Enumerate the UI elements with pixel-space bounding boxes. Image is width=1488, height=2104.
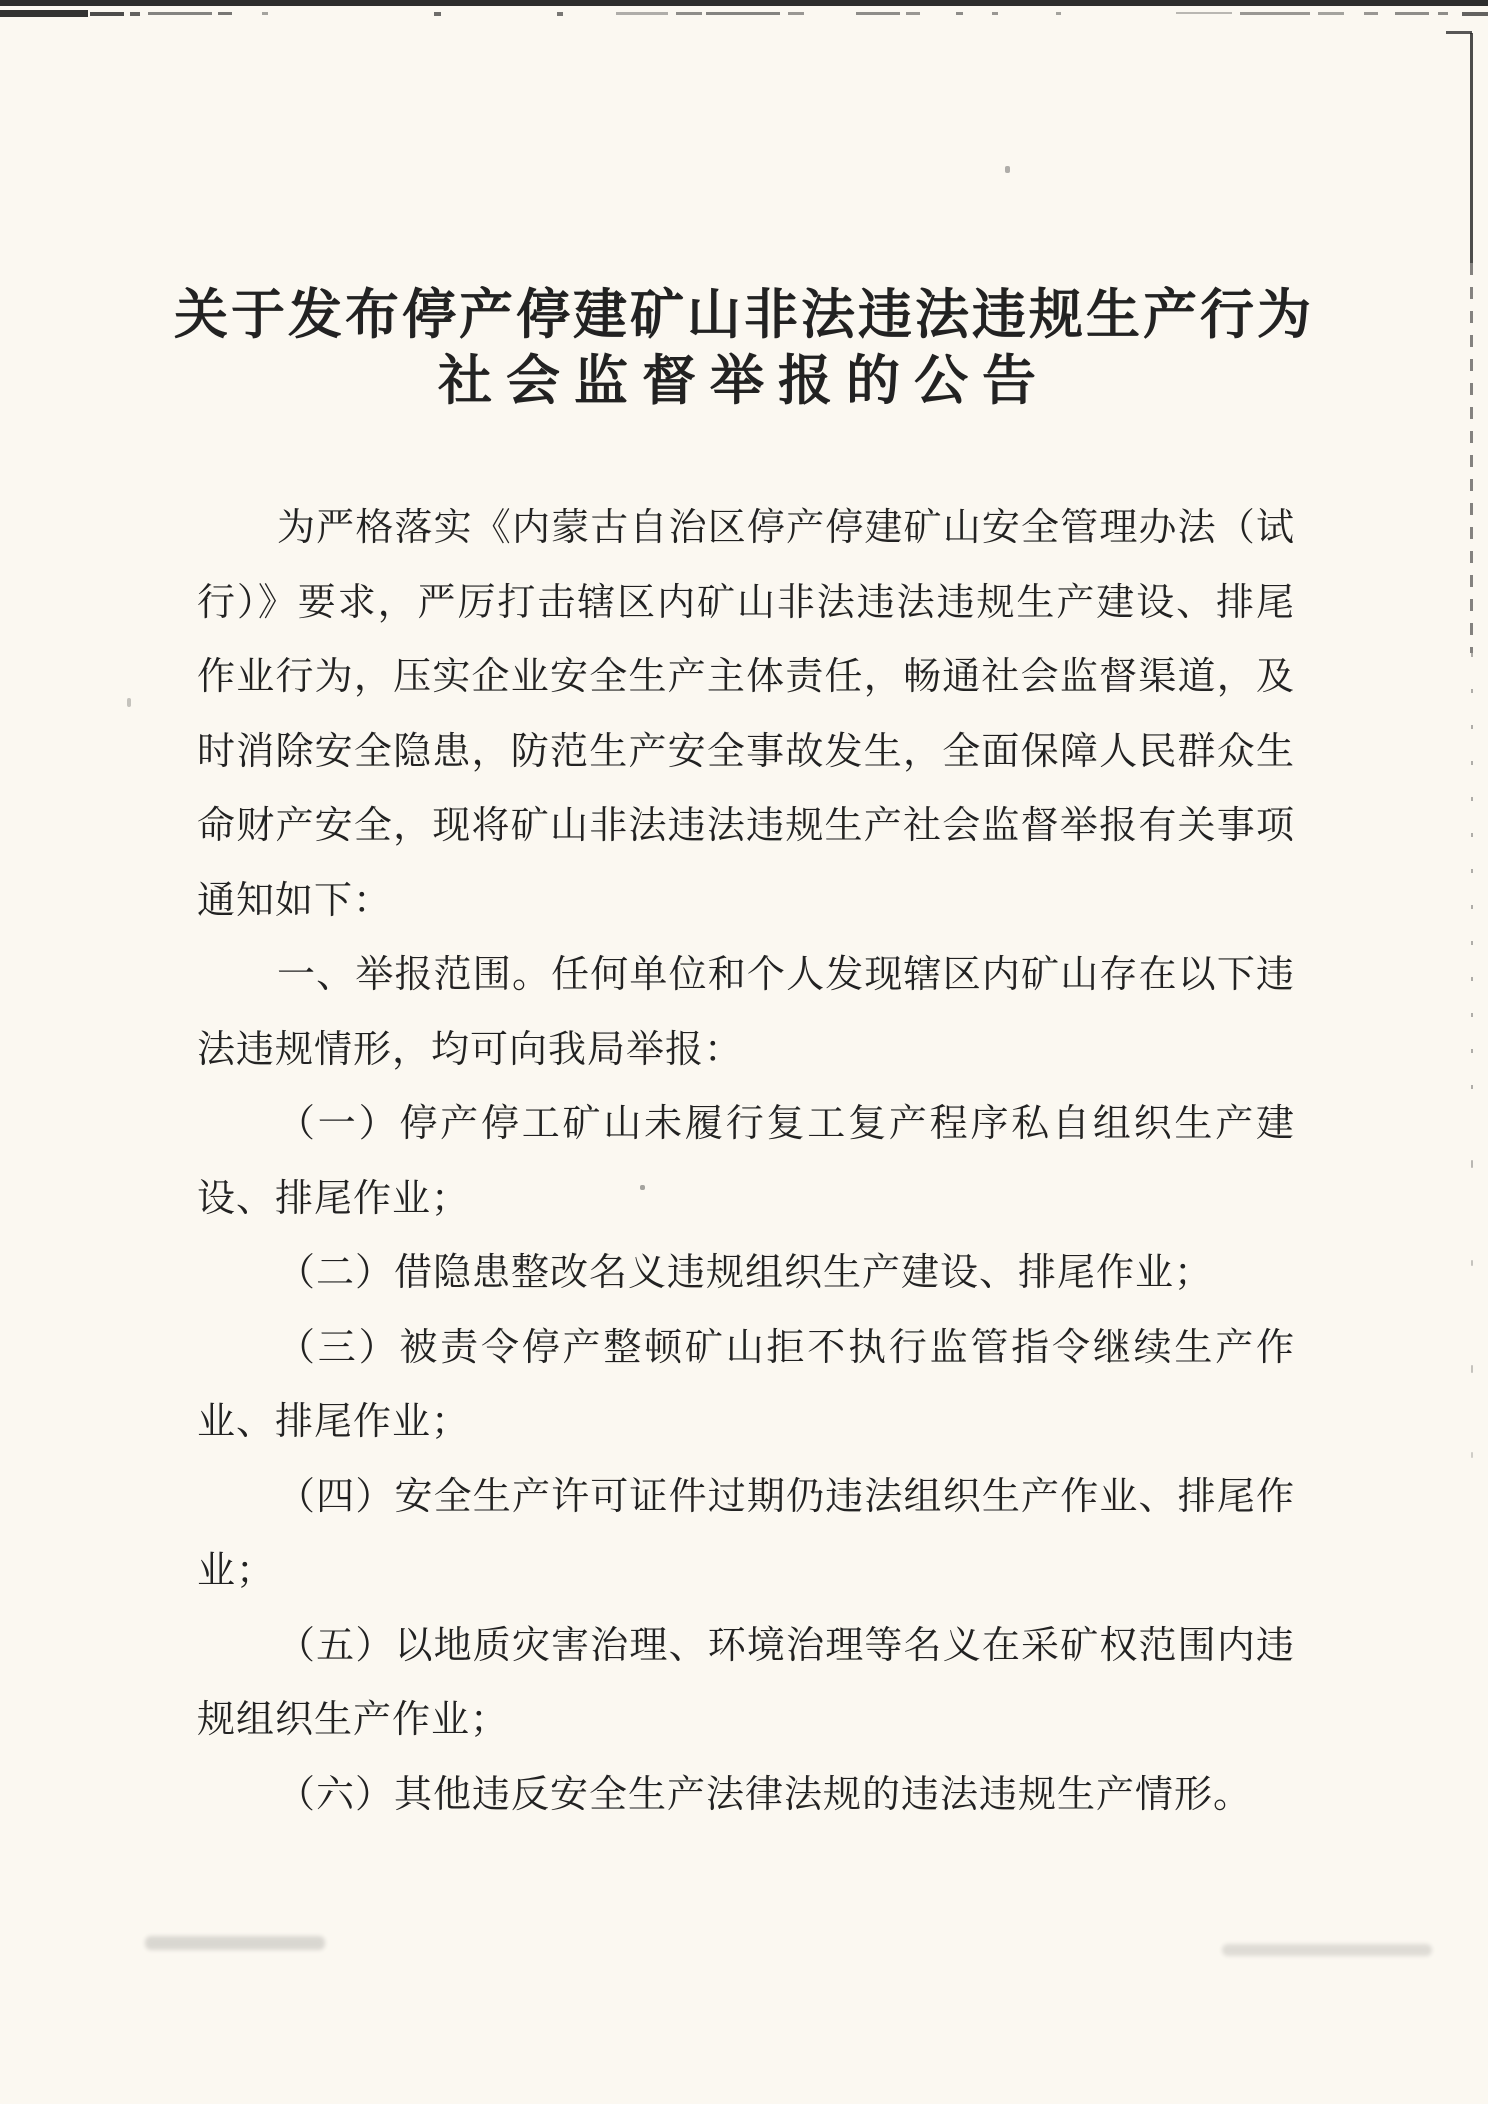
scan-artifact-dot — [1471, 1260, 1473, 1266]
scan-artifact-dash — [992, 12, 998, 15]
scan-artifact-dot — [1471, 1365, 1473, 1373]
body-line: 设、排尾作业； — [197, 1162, 1295, 1237]
scan-artifact-dash — [1318, 12, 1344, 15]
scan-artifact-dash — [1438, 12, 1448, 15]
scan-artifact-dash — [956, 12, 963, 15]
body-line: （二）借隐患整改名义违规组织生产建设、排尾作业； — [197, 1236, 1295, 1311]
scan-artifact-speck — [127, 698, 131, 707]
body-line: 业； — [197, 1534, 1295, 1609]
scan-artifact-dash — [1056, 12, 1061, 15]
body-line: 通知如下： — [197, 864, 1295, 939]
scan-artifact-dash — [90, 12, 124, 16]
body-line: 时消除安全隐患，防范生产安全事故发生，全面保障人民群众生 — [197, 715, 1295, 790]
scan-artifact-dash — [856, 12, 900, 15]
scan-artifact-speck — [1005, 166, 1010, 173]
body-line: 业、排尾作业； — [197, 1385, 1295, 1460]
body-line: 行）》要求，严厉打击辖区内矿山非法违法违规生产建设、排尾 — [197, 566, 1295, 641]
scan-artifact-dash — [1364, 12, 1378, 15]
scan-artifact-dot — [1471, 1160, 1473, 1168]
scan-artifact-right-line-solid — [1470, 33, 1473, 263]
scan-artifact-dash — [616, 12, 668, 15]
scan-artifact-smudge — [1222, 1944, 1432, 1956]
scan-artifact-dash — [788, 12, 804, 15]
document-title: 关于发布停产停建矿山非法违法违规生产行为 社会监督举报的公告 — [0, 282, 1488, 414]
scan-artifact-dash — [262, 12, 268, 15]
body-line: （三）被责令停产整顿矿山拒不执行监管指令继续生产作 — [197, 1311, 1295, 1386]
scan-artifact-dash — [676, 12, 702, 15]
scan-artifact-right-line-faded — [1471, 653, 1473, 1113]
body-line: 法违规情形，均可向我局举报： — [197, 1013, 1295, 1088]
scan-artifact-corner-dash — [1446, 31, 1472, 34]
scan-artifact-top-edge-bar — [0, 0, 1488, 6]
scan-artifact-dash — [0, 10, 88, 17]
scan-artifact-dash — [1395, 12, 1429, 15]
body-line: 命财产安全，现将矿山非法违法违规生产社会监督举报有关事项 — [197, 789, 1295, 864]
body: 为严格落实《内蒙古自治区停产停建矿山安全管理办法（试行）》要求，严厉打击辖区内矿… — [197, 491, 1295, 1832]
scan-artifact-smudge — [145, 1936, 325, 1950]
body-line: （六）其他违反安全生产法律法规的违法违规生产情形。 — [197, 1758, 1295, 1833]
scan-artifact-dot — [1471, 1452, 1473, 1458]
scan-artifact-dash — [906, 12, 920, 15]
body-line: 为严格落实《内蒙古自治区停产停建矿山安全管理办法（试 — [197, 491, 1295, 566]
body-line: （四）安全生产许可证件过期仍违法组织生产作业、排尾作 — [197, 1460, 1295, 1535]
body-line: 作业行为，压实企业安全生产主体责任，畅通社会监督渠道，及 — [197, 640, 1295, 715]
scan-artifact-dash — [1176, 12, 1232, 14]
document-title-line-2: 社会监督举报的公告 — [0, 348, 1488, 414]
scan-artifact-dash — [218, 12, 232, 15]
scan-artifact-dash — [434, 12, 441, 16]
body-line: （五）以地质灾害治理、环境治理等名义在采矿权范围内违 — [197, 1609, 1295, 1684]
document-title-line-1: 关于发布停产停建矿山非法违法违规生产行为 — [0, 282, 1488, 348]
scan-artifact-dash — [130, 12, 140, 16]
scan-artifact-dash — [148, 12, 212, 15]
scan-artifact-dash — [1240, 12, 1310, 15]
scanned-document-page: 关于发布停产停建矿山非法违法违规生产行为 社会监督举报的公告 为严格落实《内蒙古… — [0, 0, 1488, 2104]
scan-artifact-dash — [557, 12, 563, 16]
scan-artifact-dash — [1462, 12, 1488, 16]
body-line: （一）停产停工矿山未履行复工复产程序私自组织生产建 — [197, 1087, 1295, 1162]
body-line: 规组织生产作业； — [197, 1683, 1295, 1758]
scan-artifact-dash — [706, 12, 780, 15]
body-line: 一、举报范围。任何单位和个人发现辖区内矿山存在以下违 — [197, 938, 1295, 1013]
